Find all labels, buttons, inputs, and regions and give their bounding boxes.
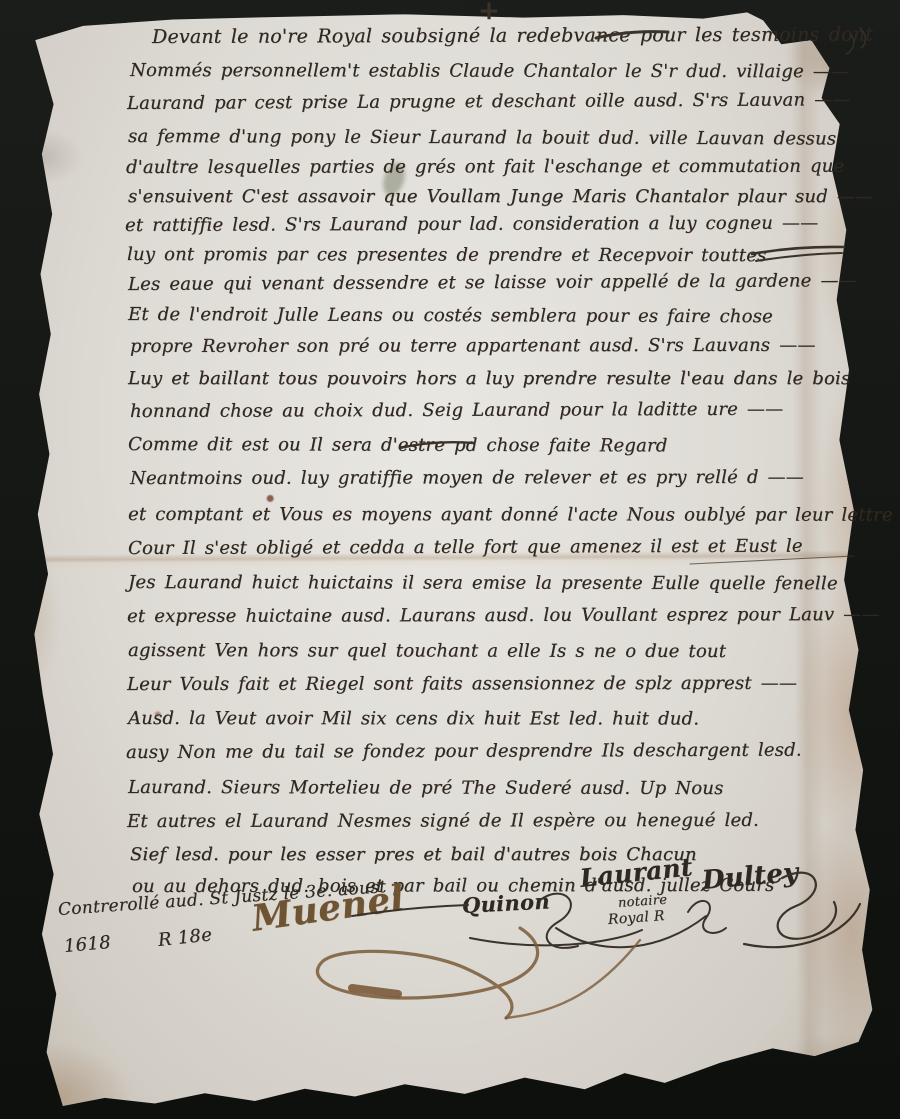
signature-quinon: Quinon — [461, 888, 550, 918]
manuscript-line: Cour Il s'est obligé et cedda a telle fo… — [128, 536, 803, 559]
manuscript-line: ausy Non me du tail se fondez pour despr… — [126, 740, 802, 763]
manuscript-line: Luy et baillant tous pouvoirs hors a luy… — [128, 368, 850, 389]
manuscript-line: d'aultre lesquelles parties de grés ont … — [126, 156, 844, 178]
fox-spot-stain — [267, 495, 274, 502]
control-note-year: 1618 — [63, 932, 112, 957]
manuscript-line: honnand chose au choix dud. Seig Laurand… — [130, 399, 783, 422]
manuscript-line: Neantmoins oud. luy gratiffie moyen de r… — [130, 467, 804, 489]
manuscript-line: et comptant et Vous es moyens ayant donn… — [128, 504, 893, 526]
manuscript-line: Comme dit est ou Il sera d'estre pd chos… — [128, 434, 668, 456]
manuscript-line: s'ensuivent C'est assavoir que Voullam J… — [128, 186, 873, 207]
manuscript-line: propre Revroher son pré ou terre apparte… — [130, 335, 816, 357]
manuscript-line: Et autres el Laurand Nesmes signé de Il … — [127, 810, 759, 832]
manuscript-line: Les eaue qui venant dessendre et se lais… — [128, 270, 857, 295]
manuscript-line: Jes Laurand huict huictains il sera emis… — [128, 572, 838, 594]
manuscript-line: Devant le no're Royal soubsigné la redeb… — [152, 23, 873, 48]
manuscript-line: Laurand. Sieurs Mortelieu de pré The Sud… — [128, 777, 724, 799]
manuscript-line: Ausd. la Veut avoir Mil six cens dix hui… — [128, 708, 699, 729]
manuscript-line: luy ont promis par ces presentes de pren… — [127, 244, 767, 266]
photograph-of-manuscript: Devant le no're Royal soubsigné la redeb… — [0, 0, 900, 1119]
manuscript-line: sa femme d'ung pony le Sieur Laurand la … — [128, 126, 836, 149]
manuscript-line: et rattiffie lesd. S'rs Laurand pour lad… — [125, 213, 818, 236]
manuscript-line: Nommés personnellem't establis Claude Ch… — [130, 60, 849, 82]
manuscript-line: et expresse huictaine ausd. Laurans ausd… — [127, 604, 880, 627]
manuscript-line: Et de l'endroit Julle Leans ou costés se… — [128, 304, 773, 327]
manuscript-line: agissent Ven hors sur quel touchant a el… — [128, 640, 726, 662]
manuscript-line: Leur Vouls fait et Riegel sont faits ass… — [127, 673, 797, 695]
top-cross-mark: + — [478, 0, 500, 26]
manuscript-line: Laurand par cest prise La prugne et desc… — [127, 89, 851, 114]
